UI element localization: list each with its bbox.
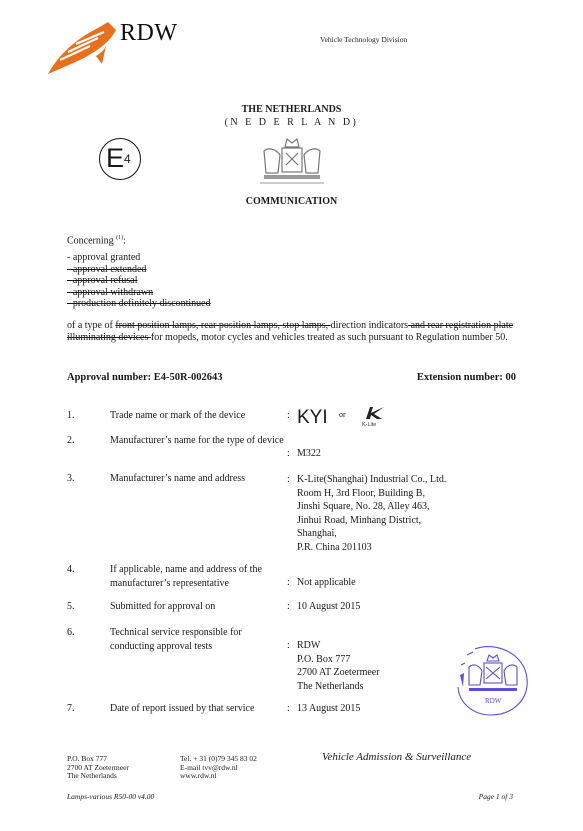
approval-number: Approval number: E4-50R-002643 xyxy=(67,372,223,383)
document-heading: COMMUNICATION xyxy=(0,196,583,207)
footer-document-id: Lamps-various R50-00 v4.00 xyxy=(67,792,154,801)
item-number: 4. xyxy=(67,563,75,577)
country-title: THE NETHERLANDS xyxy=(0,104,583,115)
item-value: M322 xyxy=(297,447,321,461)
option-approval-extended: - approval extended xyxy=(67,264,211,276)
item-value: Not applicable xyxy=(297,576,356,590)
item-number: 6. xyxy=(67,626,75,640)
technical-service-address: RDW P.O. Box 777 2700 AT Zoetermeer The … xyxy=(297,639,380,693)
concerning-label: Concerning (1): xyxy=(67,235,126,246)
manufacturer-address: K-Lite(Shanghai) Industrial Co., Ltd. Ro… xyxy=(297,473,446,554)
option-approval-withdrawn: - approval withdrawn xyxy=(67,287,211,299)
extension-number: Extension number: 00 xyxy=(417,372,516,383)
item-label: If applicable, name and address of the m… xyxy=(110,563,285,590)
colon: : xyxy=(287,409,290,423)
rdw-logo-text: RDW xyxy=(120,20,178,47)
e4-approval-mark-icon: E 4 xyxy=(99,138,141,180)
trade-name-or: or xyxy=(339,410,346,419)
approval-mark-number: 4 xyxy=(124,152,131,166)
division-name: Vehicle Technology Division xyxy=(320,35,407,44)
option-approval-granted: - approval granted xyxy=(67,252,211,264)
svg-text:K-Lite: K-Lite xyxy=(362,422,376,427)
item-label: Submitted for approval on xyxy=(110,600,285,614)
item-label: Manufacturer’s name for the type of devi… xyxy=(110,434,285,448)
item-value: 10 August 2015 xyxy=(297,600,360,614)
country-native-title: (N E D E R L A N D) xyxy=(0,117,583,128)
svg-text:RDW: RDW xyxy=(485,697,502,705)
trade-name-kyi: KYI xyxy=(297,407,328,429)
colon: : xyxy=(287,600,290,614)
approval-mark-letter: E xyxy=(106,142,124,174)
footer-motto: Vehicle Admission & Surveillance xyxy=(322,751,471,763)
footer-contact: Tel. + 31 (0)79 345 83 02 E-mail tvv@rdw… xyxy=(180,755,257,781)
item-number: 1. xyxy=(67,409,75,423)
rdw-official-stamp-icon: RDW xyxy=(455,643,529,717)
option-approval-refusal: - approval refusal xyxy=(67,275,211,287)
item-label: Trade name or mark of the device xyxy=(110,409,285,423)
item-label: Manufacturer’s name and address xyxy=(110,472,285,486)
item-value: 13 August 2015 xyxy=(297,702,360,716)
colon: : xyxy=(287,576,290,590)
option-production-discontinued: - production definitely discontinued xyxy=(67,298,211,310)
rdw-feather-logo-icon xyxy=(46,16,118,76)
item-number: 2. xyxy=(67,434,75,448)
item-label: Date of report issued by that service xyxy=(110,702,285,716)
concerning-options: - approval granted - approval extended -… xyxy=(67,252,211,310)
item-label: Technical service responsible for conduc… xyxy=(110,626,285,653)
item-number: 5. xyxy=(67,600,75,614)
footer-website-link[interactable]: www.rdw.nl xyxy=(180,772,257,781)
colon: : xyxy=(287,473,290,487)
colon: : xyxy=(287,447,290,461)
coat-of-arms-icon xyxy=(258,135,326,185)
item-number: 7. xyxy=(67,702,75,716)
footer-address: P.O. Box 777 2700 AT Zoetermeer The Neth… xyxy=(67,755,129,781)
footer-page-number: Page 1 of 3 xyxy=(479,792,513,801)
k-lite-logo-icon: K-Lite xyxy=(360,405,390,427)
colon: : xyxy=(287,639,290,653)
device-type-paragraph: of a type of front position lamps, rear … xyxy=(67,320,527,344)
colon: : xyxy=(287,702,290,716)
item-number: 3. xyxy=(67,472,75,486)
